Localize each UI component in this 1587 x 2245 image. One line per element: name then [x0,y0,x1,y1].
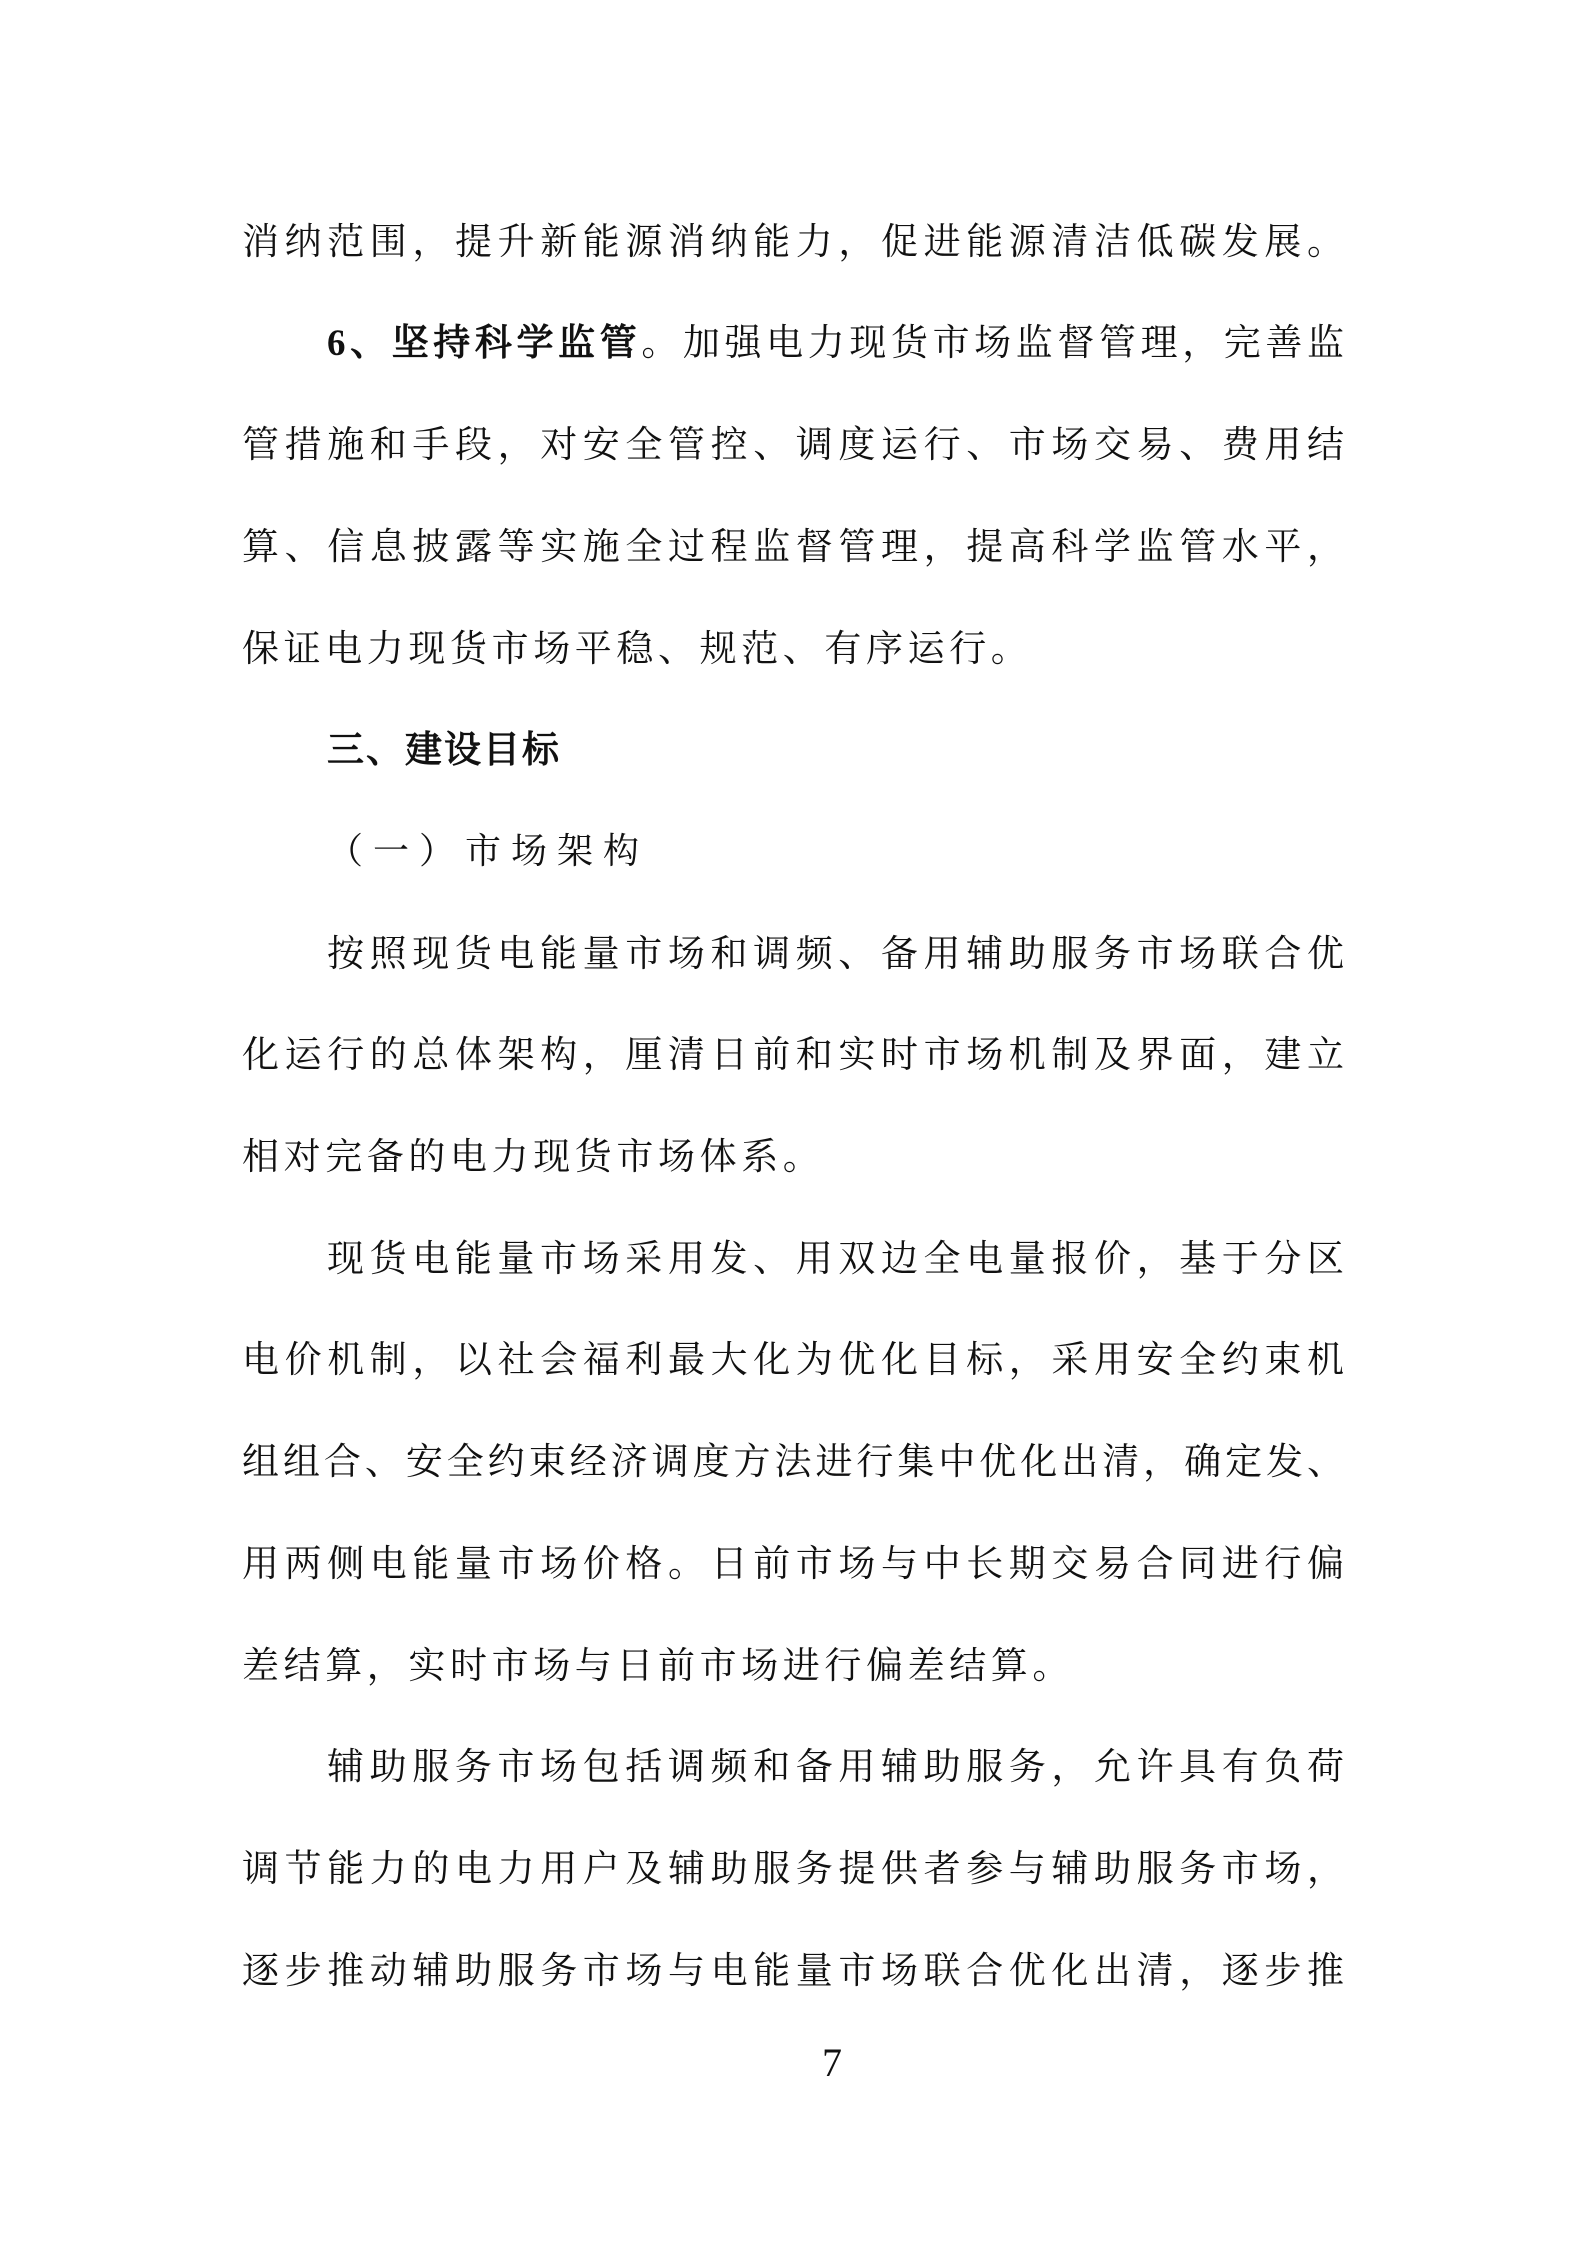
paragraph-line: 逐步推动辅助服务市场与电能量市场联合优化出清，逐步推 [242,1941,1344,2001]
section-heading: 三、建设目标 [327,720,1344,780]
paragraph-line: 化运行的总体架构，厘清日前和实时市场机制及界面，建立 [242,1025,1344,1085]
paragraph-line: 调节能力的电力用户及辅助服务提供者参与辅助服务市场， [242,1839,1344,1899]
paragraph-text: 。加强电力现货市场监督管理，完善监 [641,321,1344,364]
page-number: 7 [812,2038,852,2088]
paragraph-line: 现货电能量市场采用发、用双边全电量报价，基于分区 [327,1229,1344,1289]
paragraph-line: 组组合、安全约束经济调度方法进行集中优化出清，确定发、 [242,1432,1344,1492]
paragraph-line: 管措施和手段，对安全管控、调度运行、市场交易、费用结 [242,415,1344,475]
paragraph-line: 相对完备的电力现货市场体系。 [242,1127,1344,1187]
paragraph-line: 算、信息披露等实施全过程监督管理，提高科学监管水平， [242,517,1344,577]
principle-heading: 6、坚持科学监管 [327,323,641,364]
paragraph-line: 差结算，实时市场与日前市场进行偏差结算。 [242,1636,1344,1696]
paragraph-line: 按照现货电能量市场和调频、备用辅助服务市场联合优 [327,924,1344,984]
document-page: 消纳范围，提升新能源消纳能力，促进能源清洁低碳发展。 6、坚持科学监管。加强电力… [0,0,1587,2245]
paragraph-line: 辅助服务市场包括调频和备用辅助服务，允许具有负荷 [327,1737,1344,1797]
paragraph-line: 消纳范围，提升新能源消纳能力，促进能源清洁低碳发展。 [242,212,1344,272]
subsection-heading: （一）市场架构 [327,822,1344,882]
paragraph-line: 用两侧电能量市场价格。日前市场与中长期交易合同进行偏 [242,1534,1344,1594]
paragraph-line: 保证电力现货市场平稳、规范、有序运行。 [242,619,1344,679]
paragraph-line: 电价机制，以社会福利最大化为优化目标，采用安全约束机 [242,1330,1344,1390]
paragraph-line-principle-6: 6、坚持科学监管。加强电力现货市场监督管理，完善监 [327,313,1344,373]
